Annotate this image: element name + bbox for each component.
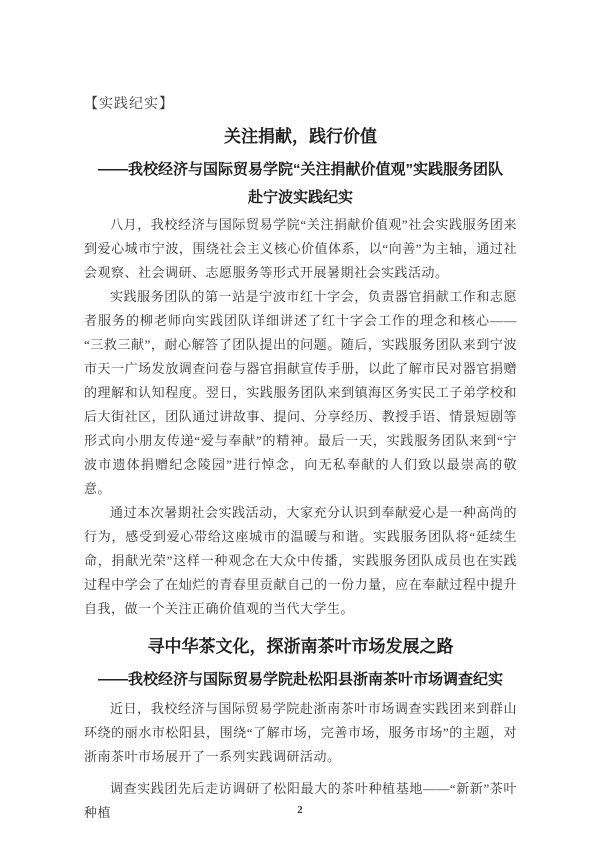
article-paragraph: 八月，我校经济与国际贸易学院“关注捐献价值观”社会实践服务团来到爱心城市宁波，围… xyxy=(84,213,517,285)
article-paragraph: 通过本次暑期社会实践活动，大家充分认识到奉献爱心是一种高尚的行为，感受到爱心带给… xyxy=(84,501,517,621)
article-title: 寻中华茶文化，探浙南茶叶市场发展之路 xyxy=(84,637,517,657)
article-paragraph: 实践服务团队的第一站是宁波市红十字会，负责器官捐献工作和志愿者服务的柳老师向实践… xyxy=(84,285,517,501)
article-subtitle-line1: ——我校经济与国际贸易学院“关注捐献价值观”实践服务团队 xyxy=(84,161,517,179)
section-label: 【实践纪实】 xyxy=(84,96,517,114)
document-page: 【实践纪实】 关注捐献，践行价值 ——我校经济与国际贸易学院“关注捐献价值观”实… xyxy=(0,0,600,849)
article-title: 关注捐献，践行价值 xyxy=(84,127,517,147)
article-subtitle-line2: 赴宁波实践纪实 xyxy=(84,189,517,207)
page-number: 2 xyxy=(0,804,600,816)
page-content: 【实践纪实】 关注捐献，践行价值 ——我校经济与国际贸易学院“关注捐献价值观”实… xyxy=(84,96,517,825)
article-subtitle-line1: ——我校经济与国际贸易学院赴松阳县浙南茶叶市场调查纪实 xyxy=(84,671,517,689)
article-paragraph: 调查实践团先后走访调研了松阳最大的茶叶种植基地——“新新”茶叶种植 xyxy=(84,777,517,825)
article-paragraph: 近日，我校经济与国际贸易学院赴浙南茶叶市场调查实践团来到群山环绕的丽水市松阳县，… xyxy=(84,697,517,769)
article-tea-market-songyang: 寻中华茶文化，探浙南茶叶市场发展之路 ——我校经济与国际贸易学院赴松阳县浙南茶叶… xyxy=(84,637,517,825)
article-practice-ningbo: 关注捐献，践行价值 ——我校经济与国际贸易学院“关注捐献价值观”实践服务团队 赴… xyxy=(84,127,517,621)
